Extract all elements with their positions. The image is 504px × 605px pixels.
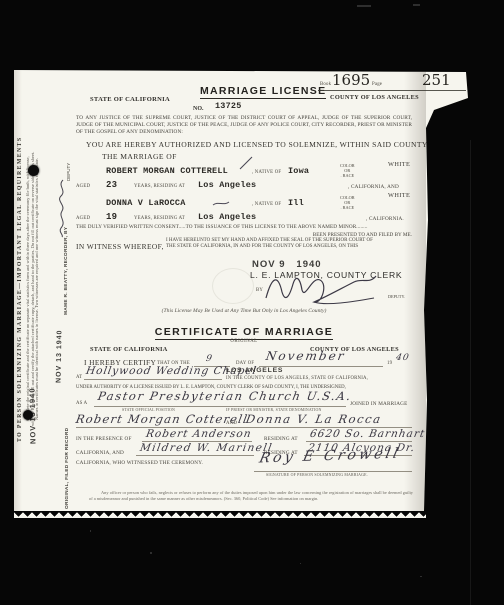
witness1-name: Robert Anderson	[145, 428, 253, 440]
bride-name: DONNA V LaROCCA	[106, 198, 186, 208]
witness1-address: 6620 So. Barnhart	[309, 428, 426, 440]
marriage-of-line: THE MARRIAGE OF	[102, 152, 177, 161]
bride-native: Ill	[288, 198, 304, 208]
film-dust	[90, 530, 91, 532]
certificate-groom-name: Robert Morgan Cotterell	[75, 412, 249, 426]
bride-race: WHITE	[388, 192, 410, 199]
witness2-name: Mildred W. Marinell	[139, 442, 274, 454]
license-title: MARRIAGE LICENSE	[200, 85, 326, 99]
pen-mark	[238, 155, 254, 171]
officiant-title: Pastor Presbyterian Church U.S.A.	[97, 389, 353, 403]
presence-label: IN THE PRESENCE OF	[76, 436, 132, 442]
blank-rule	[254, 471, 412, 472]
film-scratch	[357, 5, 371, 7]
deputy-signature	[262, 268, 380, 306]
bride-city: Los Angeles	[198, 212, 256, 222]
blank-rule	[136, 455, 254, 456]
hole-punch	[28, 165, 39, 176]
embossed-seal	[212, 268, 254, 304]
margin-recorder-line: MAME R. BEATTY, RECORDER, BY	[64, 210, 69, 332]
aged-label: AGED	[76, 184, 90, 189]
paper-surface: TO PERSON SOLEMNIZING MARRIAGE—IMPORTANT…	[14, 70, 470, 511]
penalty-note: Any officer or person who fails, neglect…	[89, 490, 413, 501]
margin-filed-label: ORIGINAL, FILED FOR RECORD	[65, 420, 70, 516]
joined-label: JOINED IN MARRIAGE	[350, 401, 408, 407]
original-label: ORIGINAL	[76, 339, 412, 344]
license-county-header: COUNTY OF LOS ANGELES	[330, 94, 419, 101]
authorization-line: YOU ARE HEREBY AUTHORIZED AND LICENSED T…	[86, 140, 429, 149]
deputy-label: DEPUTY.	[388, 294, 405, 299]
film-dust	[420, 576, 422, 577]
at-label: AT	[76, 375, 82, 380]
addressee-paragraph: TO ANY JUSTICE OF THE SUPREME COURT, JUS…	[76, 115, 412, 136]
consent-line: THE DULY VERIFIED WRITTEN CONSENT.....TO…	[76, 224, 412, 230]
book-page-rule	[318, 90, 466, 91]
year-prefix: 19	[387, 361, 392, 366]
residing-label: YEARS, RESIDING AT	[134, 216, 185, 221]
license-no-label: NO.	[193, 106, 204, 112]
page-label: Page	[372, 82, 382, 87]
certificate-state-header: STATE OF CALIFORNIA	[90, 346, 168, 353]
blank-rule	[84, 379, 222, 380]
blank-rule	[94, 406, 346, 407]
groom-name: ROBERT MORGAN COTTERELL	[106, 166, 228, 176]
microfilm-scan: TO PERSON SOLEMNIZING MARRIAGE—IMPORTANT…	[0, 0, 504, 605]
county-line: IN THE COUNTY OF LOS ANGELES, STATE OF C…	[226, 376, 368, 381]
book-number: 1695	[332, 71, 370, 89]
license-state-header: STATE OF CALIFORNIA	[90, 96, 170, 103]
seal-clause: I HAVE HEREUNTO SET MY HAND AND AFFIXED …	[166, 238, 416, 251]
groom-city: Los Angeles	[198, 180, 256, 190]
month-value: November	[265, 349, 347, 363]
usage-note: (This License May Be Used at Any Time Bu…	[114, 308, 374, 314]
color-race-label: COLOR OR . RACE	[340, 196, 355, 210]
groom-state-suffix: , CALIFORNIA, AND	[348, 184, 399, 190]
book-label: Book	[320, 82, 331, 87]
day-value: 9	[205, 354, 213, 364]
and-label: AND	[226, 421, 237, 426]
film-scratch-line	[470, 140, 471, 605]
film-scratch	[413, 4, 420, 6]
film-dust	[300, 563, 301, 564]
groom-race: WHITE	[388, 161, 410, 168]
hole-punch	[23, 410, 33, 420]
pen-mark	[212, 199, 230, 207]
witnessed-line: CALIFORNIA, WHO WITNESSED THE CEREMONY.	[76, 460, 203, 466]
margin-instructions-title: TO PERSON SOLEMNIZING MARRIAGE—IMPORTANT…	[17, 84, 23, 494]
groom-age: 23	[106, 180, 117, 190]
aged-label: AGED	[76, 216, 90, 221]
film-dust	[150, 552, 152, 554]
as-a-label: AS A	[76, 401, 87, 406]
page-number: 251	[422, 71, 451, 89]
city-stamp: LOS ANGELES	[226, 367, 283, 374]
signature-sublabel: SIGNATURE OF PERSON SOLEMNIZING MARRIAGE…	[266, 473, 368, 477]
color-race-label: COLOR OR . RACE	[340, 164, 355, 178]
certificate-title: CERTIFICATE OF MARRIAGE	[155, 326, 333, 340]
document-sheet: TO PERSON SOLEMNIZING MARRIAGE—IMPORTANT…	[14, 70, 470, 518]
bride-native-label: , NATIVE OF	[252, 202, 281, 207]
california-and-label: CALIFORNIA, AND	[76, 450, 124, 456]
year-value: 40	[395, 353, 410, 363]
certificate-title-wrap: CERTIFICATE OF MARRIAGE	[76, 322, 412, 340]
witness-whereof-label: IN WITNESS WHEREOF,	[76, 242, 164, 251]
residing-label: YEARS, RESIDING AT	[134, 184, 185, 189]
groom-native-label: , NATIVE OF	[252, 170, 281, 175]
certificate-bride-name: Donna V. La Rocca	[245, 412, 383, 426]
license-number: 13725	[215, 101, 242, 111]
officiant-signature: Roy E Crowell	[258, 446, 403, 467]
bride-state-suffix: , CALIFORNIA.	[366, 216, 404, 222]
filed-date-stamp: NOV 13 1940	[56, 328, 64, 384]
perforated-edge	[14, 511, 426, 518]
bride-age: 19	[106, 212, 117, 222]
groom-native: Iowa	[288, 166, 309, 176]
